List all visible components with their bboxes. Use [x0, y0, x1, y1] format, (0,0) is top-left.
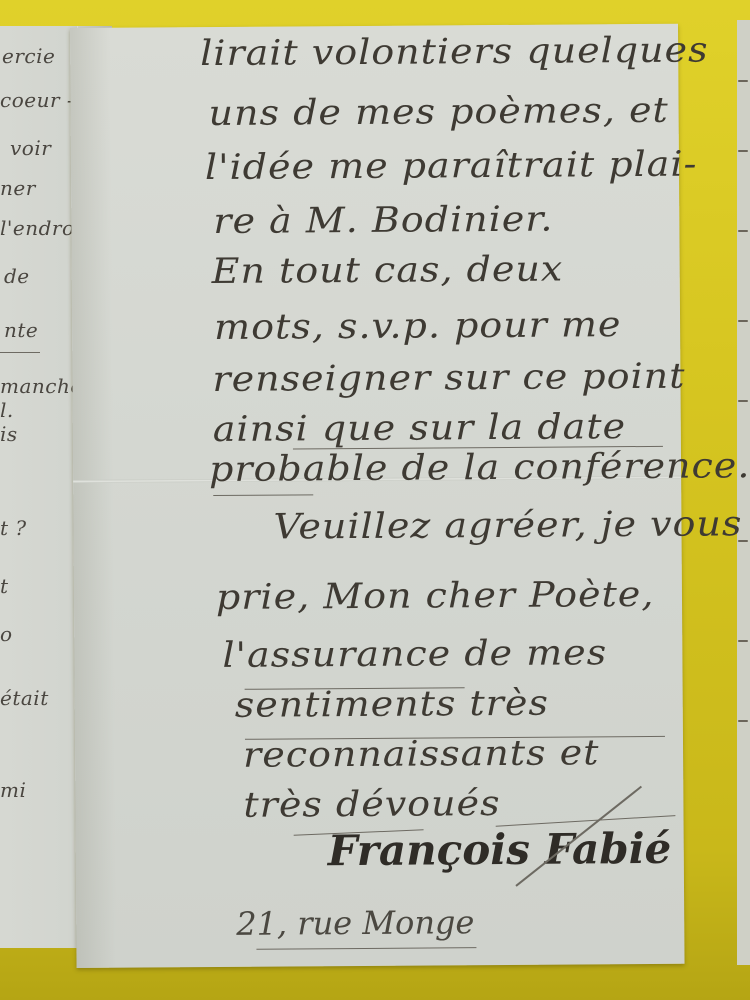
- letter-line: uns de mes poèmes, et: [208, 90, 668, 134]
- ink-mark: [738, 720, 748, 722]
- left-page-fragment: ner: [0, 176, 36, 200]
- ink-mark: [738, 150, 748, 152]
- letter-line: l'assurance de mes: [222, 632, 607, 675]
- address-underline: [256, 947, 476, 950]
- left-page-fragment: o: [0, 622, 13, 646]
- adjacent-page-edge: [737, 20, 750, 965]
- left-page-fragment: était: [0, 686, 49, 710]
- left-page-fragment: manche: [0, 374, 83, 398]
- left-page-fragment: t: [0, 574, 9, 598]
- sender-address: 21, rue Monge: [236, 903, 474, 943]
- ink-mark: [738, 400, 748, 402]
- letter-line: En tout cas, deux: [212, 248, 564, 291]
- signature: François Fabié: [328, 824, 672, 875]
- left-page-fragment: coeur -: [0, 88, 74, 112]
- left-page-fragment: mi: [0, 778, 26, 802]
- letter-line: Veuillez agréer, je vous: [273, 503, 742, 547]
- letter-line: prie, Mon cher Poète,: [216, 574, 655, 618]
- ruled-line: [213, 494, 313, 496]
- left-page-fragment: ercie: [2, 44, 55, 68]
- letter-page: lirait volontiers quelques uns de mes po…: [70, 24, 685, 968]
- ink-mark: [738, 320, 748, 322]
- page-shadow: [70, 28, 117, 968]
- letter-line: reconnaissants et: [243, 732, 600, 775]
- left-page-fragment: de: [4, 264, 30, 288]
- left-page-fragment: t ?: [0, 516, 27, 540]
- letter-line: sentiments très: [235, 682, 549, 725]
- letter-line: renseigner sur ce point: [212, 355, 685, 399]
- left-page-fragment: l.: [0, 398, 14, 422]
- underline: [0, 352, 40, 353]
- left-page-fragment: nte: [4, 318, 38, 342]
- letter-line: l'idée me paraîtrait plai-: [205, 143, 698, 187]
- ink-mark: [738, 230, 748, 232]
- letter-line: probable de la conférence.: [209, 445, 750, 489]
- letter-line: ainsi que sur la date: [213, 406, 627, 449]
- ink-mark: [738, 640, 748, 642]
- letter-line: mots, s.v.p. pour me: [214, 304, 622, 347]
- left-page-fragment: is: [0, 422, 18, 446]
- letter-line: lirait volontiers quelques: [200, 29, 709, 73]
- letter-line: re à M. Bodinier.: [213, 198, 553, 241]
- letter-line: très dévoués: [243, 783, 500, 825]
- left-page-fragment: voir: [10, 136, 51, 160]
- ink-mark: [738, 80, 748, 82]
